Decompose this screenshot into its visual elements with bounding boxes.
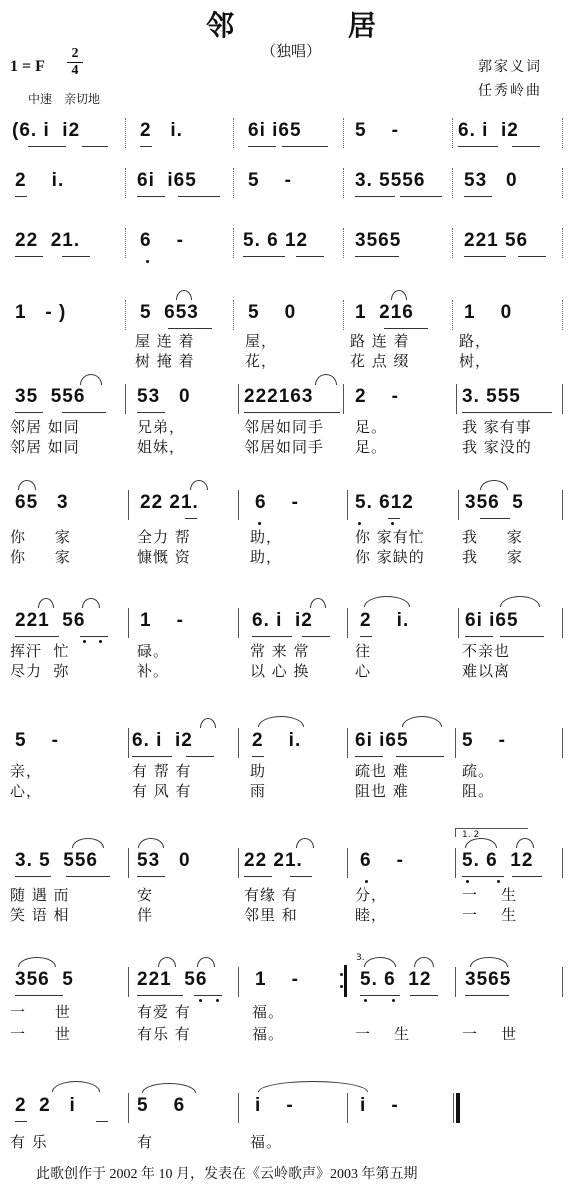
beam-underline: [248, 146, 276, 147]
barline: [238, 728, 239, 758]
lyric-verse1: 全力 帮: [137, 526, 191, 547]
beam-underline: [458, 146, 498, 147]
barline: [233, 300, 235, 330]
beam-underline: [512, 876, 542, 877]
lyric-verse2: 笑 语 相: [10, 904, 70, 925]
measure: 22 21.: [15, 230, 80, 252]
lyric-verse2: 助，: [250, 546, 282, 567]
barline: [238, 967, 239, 997]
lyric-verse1: 疏。: [462, 760, 494, 781]
barline: [128, 848, 129, 878]
beam-underline: [465, 636, 493, 637]
octave-dot: [391, 522, 394, 525]
measure: 221 56: [15, 610, 85, 632]
octave-dot: [83, 640, 86, 643]
measure: 2 i.: [360, 610, 409, 632]
slur-arc: [500, 596, 540, 607]
lyric-verse2: 你 家缺的: [355, 546, 425, 567]
octave-dot: [146, 260, 149, 263]
measure: 3. 555: [462, 386, 521, 408]
barline: [233, 118, 235, 148]
lyric-verse1: 福。: [252, 1001, 284, 1022]
measure: 65 3: [15, 492, 69, 514]
measure: 5 -: [462, 730, 506, 752]
score-row-6: 65 3 22 21. 6 - 5. 612 356 5 你 家 全力 帮 助，…: [0, 490, 582, 590]
measure: 3. 5 556: [15, 850, 98, 872]
barline: [343, 300, 345, 330]
barline: [455, 848, 456, 878]
measure: 5. 6 12: [243, 230, 308, 252]
lyric-verse1: 路，: [459, 330, 491, 351]
slur-arc: [310, 598, 326, 608]
slur-arc: [52, 1081, 100, 1092]
barline: [125, 384, 126, 414]
measure: 1 - ): [15, 302, 66, 324]
time-signature-bottom: 4: [67, 64, 83, 78]
octave-dot: [340, 985, 343, 988]
barline: [238, 608, 239, 638]
measure: 53 0: [137, 386, 191, 408]
barline: [128, 1093, 129, 1123]
beam-underline: [15, 256, 43, 257]
footnote: 此歌创作于 2002 年 10 月，发表在《云岭歌声》2003 年第五期: [36, 1163, 418, 1183]
beam-underline: [168, 328, 212, 329]
time-signature: 2 4: [67, 47, 83, 78]
slur-arc: [82, 598, 100, 608]
lyric-verse1: 邻居 如同: [10, 416, 80, 437]
lyric-verse1: 往: [355, 640, 371, 661]
beam-underline: [66, 876, 110, 877]
octave-dot: [99, 640, 102, 643]
octave-dot: [365, 880, 368, 883]
lyric-verse1: 屋，: [245, 330, 277, 351]
lyric-verse2: 慷慨 资: [137, 546, 191, 567]
slur-arc: [18, 957, 56, 967]
lyric-verse2: 心: [355, 660, 371, 681]
measure: 6i i65: [355, 730, 409, 752]
barline: [562, 490, 563, 520]
score-row-9: 1. 2 3. 5 556 53 0 22 21. 6 - 5. 6 12 随 …: [0, 848, 582, 948]
barline: [128, 490, 129, 520]
lyric-verse1: 一 生: [462, 884, 517, 905]
lyric-verse1: 你 家有忙: [355, 526, 425, 547]
lyric-verse1: 我 家: [462, 526, 523, 547]
lyric-verse2: 我 家: [462, 546, 523, 567]
barline: [562, 967, 563, 997]
beam-underline: [15, 1121, 27, 1122]
octave-dot: [466, 880, 469, 883]
slur-arc: [258, 1081, 368, 1092]
lyric-verse2: 一 生: [355, 1023, 410, 1044]
lyric-verse1: 有爱 有: [137, 1001, 191, 1022]
barline: [452, 228, 454, 258]
slur-arc: [414, 957, 434, 967]
lyric-verse2: 补。: [137, 660, 169, 681]
barline: [458, 490, 459, 520]
song-title: 邻 居: [0, 4, 582, 44]
measure: 53 0: [464, 170, 518, 192]
beam-underline: [28, 146, 66, 147]
lyric-verse1: 不亲也: [462, 640, 510, 661]
time-signature-top: 2: [67, 47, 83, 61]
beam-underline: [388, 518, 400, 519]
slur-arc: [402, 716, 442, 727]
beam-underline: [244, 412, 340, 413]
barline: [128, 728, 129, 758]
measure: 5 -: [248, 170, 292, 192]
lyric-verse2: 树 掩 着: [135, 350, 195, 371]
barline: [347, 728, 348, 758]
slur-arc: [72, 838, 104, 848]
measure: 6 -: [140, 230, 184, 252]
beam-underline: [302, 636, 330, 637]
beam-underline: [252, 756, 264, 757]
measure: 221 56: [137, 969, 207, 991]
key-signature: 1 = F: [10, 58, 45, 76]
barline: [562, 728, 563, 758]
beam-underline: [384, 328, 428, 329]
octave-dot: [340, 973, 343, 976]
barline: [452, 300, 454, 330]
barline: [238, 384, 239, 414]
lyric-verse1: 路 连 着: [350, 330, 410, 351]
lyric-verse1: 有 帮 有: [132, 760, 192, 781]
beam-underline: [243, 256, 285, 257]
lyric-verse2: 足。: [355, 436, 387, 457]
measure: (6. i i2: [12, 120, 80, 142]
octave-dot: [364, 999, 367, 1002]
score-row-5: 35 556 53 0 222163 2 - 3. 555 邻居 如同 兄弟， …: [0, 384, 582, 484]
lyric-verse2: 姐妹，: [137, 436, 185, 457]
lyric-verse2: 邻居 如同: [10, 436, 80, 457]
lyric-verse2: 福。: [252, 1023, 284, 1044]
barline: [343, 384, 344, 414]
barline: [347, 1093, 348, 1123]
beam-underline: [15, 196, 27, 197]
score-row-10: 3. 356 5 221 56 1 - 5. 6 12 3565 一 世 有爱 …: [0, 967, 582, 1067]
beam-underline: [186, 756, 214, 757]
lyric-verse1: 邻居如同手: [244, 416, 324, 437]
beam-underline: [355, 196, 395, 197]
measure: 2 2 i: [15, 1095, 76, 1117]
barline: [452, 118, 454, 148]
barline: [562, 384, 563, 414]
beam-underline: [518, 256, 546, 257]
repeat-start-barline: [344, 965, 347, 997]
measure: 1 216: [355, 302, 414, 324]
measure: 2 i.: [252, 730, 301, 752]
lyric-verse2: 一 世: [462, 1023, 517, 1044]
slur-arc: [516, 838, 534, 848]
lyric-verse1: 我 家有事: [462, 416, 532, 437]
barline: [128, 608, 129, 638]
beam-underline: [140, 146, 152, 147]
octave-dot: [258, 522, 261, 525]
beam-underline: [62, 412, 106, 413]
beam-underline: [15, 876, 51, 877]
lyric-verse2: 我 家没的: [462, 436, 532, 457]
measure: 1 0: [464, 302, 512, 324]
measure: 3. 5556: [355, 170, 425, 192]
beam-underline: [137, 196, 165, 197]
beam-underline: [137, 995, 183, 996]
beam-underline: [360, 636, 372, 637]
beam-underline: [15, 412, 43, 413]
beam-underline: [15, 995, 63, 996]
score-row-8: 5 - 6. i i2 2 i. 6i i65 5 - 亲， 有 帮 有 助 疏…: [0, 728, 582, 828]
measure: 3565: [355, 230, 401, 252]
lyric-verse2: 雨: [250, 780, 266, 801]
barline: [128, 967, 129, 997]
beam-underline: [462, 412, 552, 413]
barline: [238, 1093, 239, 1123]
beam-underline: [80, 636, 108, 637]
measure: 356 5: [465, 492, 524, 514]
slur-arc: [364, 596, 410, 607]
slur-arc: [200, 718, 216, 728]
slur-arc: [364, 957, 396, 967]
slur-arc: [197, 957, 215, 967]
beam-underline: [137, 876, 165, 877]
slur-arc: [158, 957, 176, 967]
measure: 356 5: [15, 969, 74, 991]
barline: [452, 168, 454, 198]
beam-underline: [15, 636, 59, 637]
barline: [238, 848, 239, 878]
barline: [562, 228, 564, 258]
measure: 3565: [465, 969, 511, 991]
beam-underline: [194, 995, 222, 996]
barline: [562, 848, 563, 878]
barline: [562, 300, 564, 330]
measure: 35 556: [15, 386, 85, 408]
lyric-verse1: 碌。: [137, 640, 169, 661]
lyric-verse1: 常 来 常: [250, 640, 310, 661]
measure: 5 -: [15, 730, 59, 752]
barline: [458, 608, 459, 638]
lyric-verse2: 一 世: [10, 1023, 71, 1044]
measure: 1 -: [140, 610, 184, 632]
lyric-verse1: 分，: [355, 884, 387, 905]
lyric-verse2: 伴: [137, 904, 153, 925]
lyric-verse1: 安: [137, 884, 153, 905]
barline: [233, 228, 235, 258]
measure: 2 i.: [140, 120, 183, 142]
beam-underline: [464, 196, 492, 197]
lyric-verse1: 你 家: [10, 526, 71, 547]
lyricist-credit: 郭家义词: [478, 56, 542, 76]
octave-dot: [392, 999, 395, 1002]
beam-underline: [185, 518, 197, 519]
measure: 1 -: [255, 969, 299, 991]
lyric-verse1: 一 世: [10, 1001, 71, 1022]
octave-dot: [216, 999, 219, 1002]
lyric-verse: 福。: [250, 1131, 282, 1152]
measure: 5 6: [137, 1095, 185, 1117]
slur-arc: [465, 838, 497, 848]
measure: 6. i i2: [252, 610, 313, 632]
octave-dot: [497, 880, 500, 883]
beam-underline: [132, 756, 172, 757]
beam-underline: [465, 995, 509, 996]
measure: 5. 6 12: [360, 969, 431, 991]
lyric-verse2: 有 风 有: [132, 780, 192, 801]
lyric-verse2: 睦，: [355, 904, 387, 925]
beam-underline: [355, 756, 383, 757]
barline: [343, 168, 345, 198]
measure: 6i i65: [137, 170, 197, 192]
beam-underline: [137, 412, 165, 413]
tempo-marking: 中速 亲切地: [28, 90, 100, 107]
barline: [343, 118, 345, 148]
beam-underline: [355, 256, 399, 257]
lyric-verse2: 阻。: [462, 780, 494, 801]
measure: 5 653: [140, 302, 199, 324]
barline: [456, 384, 457, 414]
lyric-verse1: 助: [250, 760, 266, 781]
lyric-verse1: 随 遇 而: [10, 884, 70, 905]
barline: [455, 728, 456, 758]
beam-underline: [410, 995, 438, 996]
lyric-verse2: 以 心 换: [250, 660, 310, 681]
lyric-verse1: 亲，: [10, 760, 42, 781]
lyric-verse2: 心，: [10, 780, 42, 801]
octave-dot: [199, 999, 202, 1002]
lyric-verse2: 阻也 难: [355, 780, 409, 801]
measure: 6i i65: [248, 120, 302, 142]
lyric-verse1: 有缘 有: [244, 884, 298, 905]
beam-underline: [296, 256, 324, 257]
beam-underline: [400, 196, 442, 197]
beam-underline: [396, 756, 444, 757]
lyric-verse1: 足。: [355, 416, 387, 437]
lyric-verse2: 你 家: [10, 546, 71, 567]
lyric-verse2: 树，: [459, 350, 491, 371]
lyric-verse1: 屋 连 着: [135, 330, 195, 351]
barline: [453, 1093, 454, 1123]
lyric-verse2: 难以离: [462, 660, 510, 681]
barline: [125, 168, 127, 198]
slur-arc: [138, 838, 164, 848]
lyric-verse2: 邻里 和: [244, 904, 298, 925]
beam-underline: [178, 196, 220, 197]
lyric-verse: 有: [137, 1131, 153, 1152]
measure: 22 21.: [244, 850, 303, 872]
beam-underline: [252, 636, 292, 637]
barline: [347, 848, 348, 878]
measure: 22 21.: [140, 492, 199, 514]
lyric-verse: 有 乐: [10, 1131, 48, 1152]
beam-underline: [82, 146, 108, 147]
barline: [347, 608, 348, 638]
lyric-verse1: 疏也 难: [355, 760, 409, 781]
measure: i -: [360, 1095, 399, 1117]
slur-arc: [258, 716, 304, 727]
measure: 5. 612: [355, 492, 414, 514]
barline: [347, 490, 348, 520]
beam-underline: [464, 256, 506, 257]
measure: 53 0: [137, 850, 191, 872]
barline: [233, 168, 235, 198]
beam-underline: [512, 146, 540, 147]
barline: [125, 300, 127, 330]
measure: 2 -: [355, 386, 399, 408]
composer-credit: 任秀岭曲: [478, 80, 542, 100]
barline: [562, 608, 563, 638]
lyric-verse2: 花 点 缀: [350, 350, 410, 371]
beam-underline: [500, 636, 544, 637]
beam-underline: [282, 146, 328, 147]
beam-underline: [462, 876, 504, 877]
barline: [238, 490, 239, 520]
barline: [343, 228, 345, 258]
beam-underline: [290, 876, 312, 877]
barline: [562, 168, 564, 198]
measure: 6i i65: [465, 610, 519, 632]
measure: 6 -: [360, 850, 404, 872]
lyric-verse2: 一 生: [462, 904, 517, 925]
beam-underline: [244, 876, 272, 877]
lyric-verse2: 邻居如同手: [244, 436, 324, 457]
beam-underline: [360, 995, 400, 996]
slur-arc: [296, 838, 314, 848]
lyric-verse1: 挥汗 忙: [10, 640, 70, 661]
octave-dot: [358, 522, 361, 525]
measure: 221 56: [464, 230, 528, 252]
barline: [125, 118, 127, 148]
measure: 2 i.: [15, 170, 64, 192]
measure: i -: [255, 1095, 294, 1117]
slur-arc: [470, 957, 508, 967]
barline: [562, 118, 564, 148]
measure: 6. i i2: [458, 120, 519, 142]
lyric-verse2: 尽力 弥: [10, 660, 70, 681]
measure: 6. i i2: [132, 730, 193, 752]
lyric-verse2: 有乐 有: [137, 1023, 191, 1044]
measure: 6 -: [255, 492, 299, 514]
barline: [455, 967, 456, 997]
slur-arc: [142, 1083, 196, 1093]
barline: [125, 228, 127, 258]
measure: 222163: [244, 386, 313, 408]
measure: 5 -: [355, 120, 399, 142]
beam-underline: [62, 256, 90, 257]
lyric-verse1: 兄弟，: [137, 416, 185, 437]
slur-arc: [38, 598, 54, 608]
final-barline: [456, 1093, 460, 1123]
lyric-verse2: 花，: [245, 350, 277, 371]
beam-underline: [96, 1121, 108, 1122]
measure: 5 0: [248, 302, 296, 324]
volta-label: 3.: [356, 953, 365, 963]
score-row-7: 221 56 1 - 6. i i2 2 i. 6i i65 挥汗 忙 碌。 常…: [0, 608, 582, 708]
lyric-verse1: 助，: [250, 526, 282, 547]
beam-underline: [480, 518, 510, 519]
measure: 5. 6 12: [462, 850, 533, 872]
